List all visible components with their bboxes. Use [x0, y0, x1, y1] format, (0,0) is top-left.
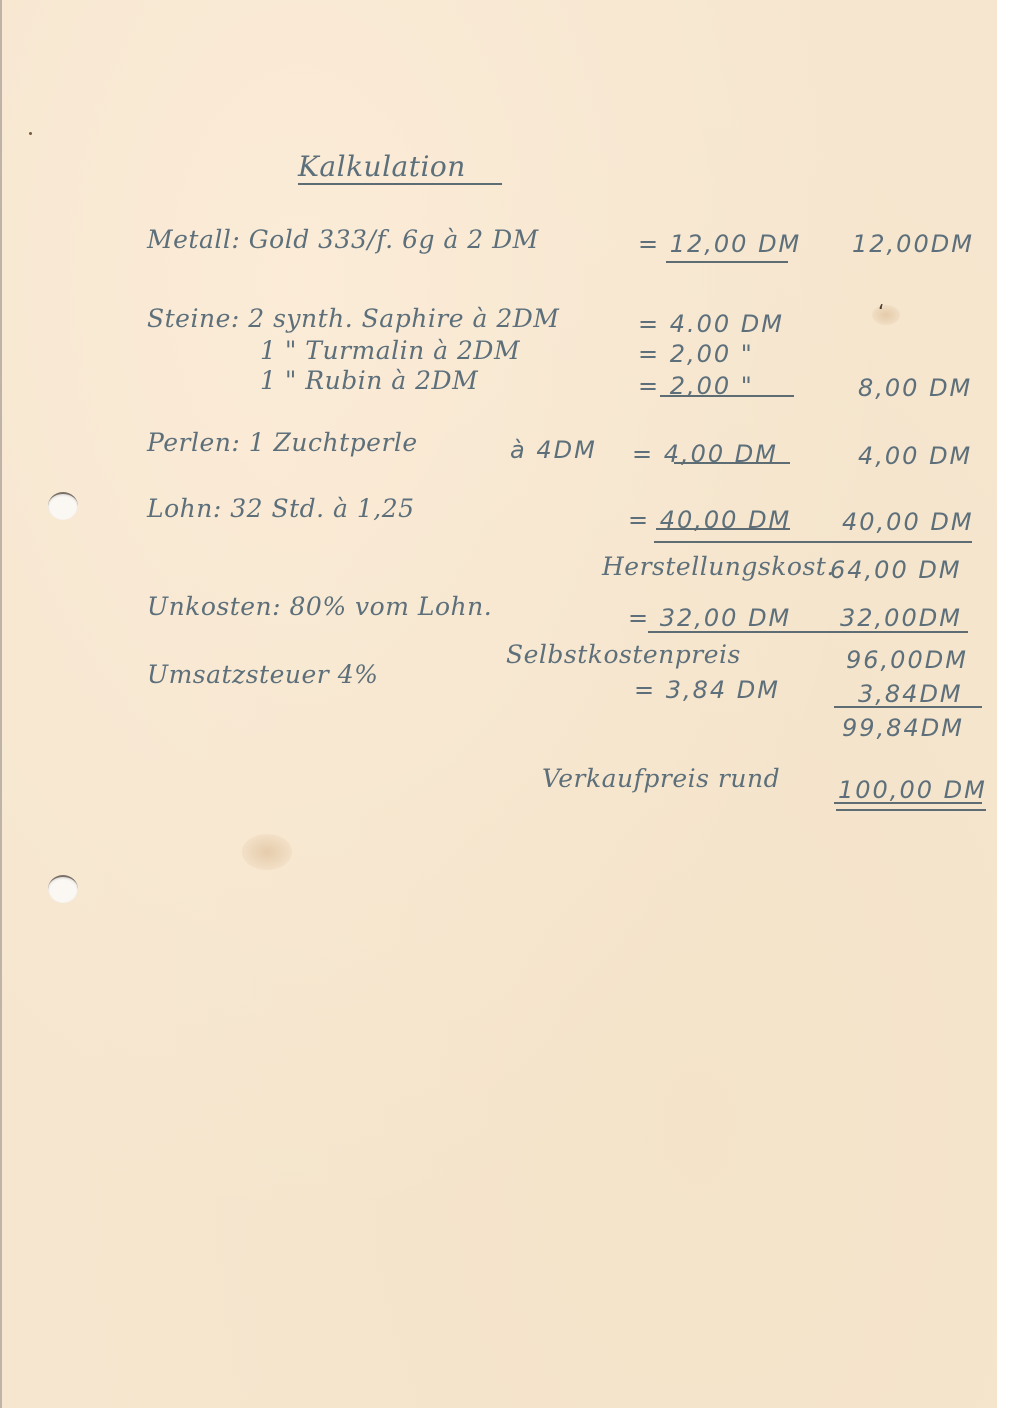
- row-metall-underline: [666, 261, 788, 263]
- row-lohn-total: 40,00 DM: [842, 508, 974, 536]
- unkosten-total: 32,00DM: [840, 604, 962, 632]
- final-underline-2: [836, 809, 986, 811]
- speck: [29, 132, 32, 135]
- umsatzsteuer-label: Umsatzsteuer 4%: [147, 660, 378, 689]
- row-saphire-label: Steine: 2 synth. Saphire à 2DM: [147, 304, 559, 333]
- selbstkosten-label: Selbstkostenpreis: [506, 640, 741, 669]
- zwischensumme-total: 99,84DM: [842, 714, 964, 742]
- herstellungskosten-total: 64,00 DM: [830, 556, 962, 584]
- row-steine-total: 8,00 DM: [858, 374, 972, 402]
- row-metall-label: Metall: Gold 333/f. 6g à 2 DM: [147, 225, 539, 254]
- title-underline: [298, 183, 502, 185]
- selbstkosten-total: 96,00DM: [846, 646, 968, 674]
- final-underline-1: [834, 802, 982, 804]
- page-title: Kalkulation: [298, 150, 466, 183]
- row-lohn-underline: [656, 528, 790, 530]
- row-lohn-label: Lohn: 32 Std. à 1,25: [147, 494, 415, 523]
- subtotal-rule-3: [834, 706, 982, 708]
- paper-sheet: Kalkulation Metall: Gold 333/f. 6g à 2 D…: [0, 0, 997, 1408]
- row-rubin-underline: [660, 395, 794, 397]
- paper-stain-small: [872, 305, 900, 325]
- row-rubin-label: 1 " Rubin à 2DM: [260, 366, 478, 395]
- paper-stain: [242, 834, 292, 870]
- verkaufspreis-total: 100,00 DM: [838, 776, 987, 804]
- row-saphire-calc: = 4.00 DM: [638, 310, 784, 338]
- umsatzsteuer-total: 3,84DM: [858, 680, 963, 708]
- row-perlen-total: 4,00 DM: [858, 442, 972, 470]
- verkaufspreis-label: Verkaufpreis rund: [542, 764, 780, 793]
- subtotal-rule-1: [654, 541, 972, 543]
- row-turmalin-calc: = 2,00 ": [638, 340, 754, 368]
- row-perlen-rate: à 4DM: [510, 436, 597, 464]
- margin-mark: ‘: [878, 300, 884, 324]
- row-metall-total: 12,00DM: [852, 230, 974, 258]
- unkosten-calc: = 32,00 DM: [628, 604, 791, 632]
- punch-hole-top: [48, 492, 78, 520]
- row-turmalin-label: 1 " Turmalin à 2DM: [260, 336, 520, 365]
- row-perlen-label: Perlen: 1 Zuchtperle: [147, 428, 418, 457]
- herstellungskosten-label: Herstellungskost.: [602, 552, 835, 581]
- unkosten-label: Unkosten: 80% vom Lohn.: [147, 592, 492, 621]
- subtotal-rule-2: [648, 631, 968, 633]
- row-perlen-underline: [674, 462, 790, 464]
- punch-hole-bottom: [48, 875, 78, 903]
- row-metall-calc: = 12,00 DM: [638, 230, 801, 258]
- umsatzsteuer-calc: = 3,84 DM: [634, 676, 780, 704]
